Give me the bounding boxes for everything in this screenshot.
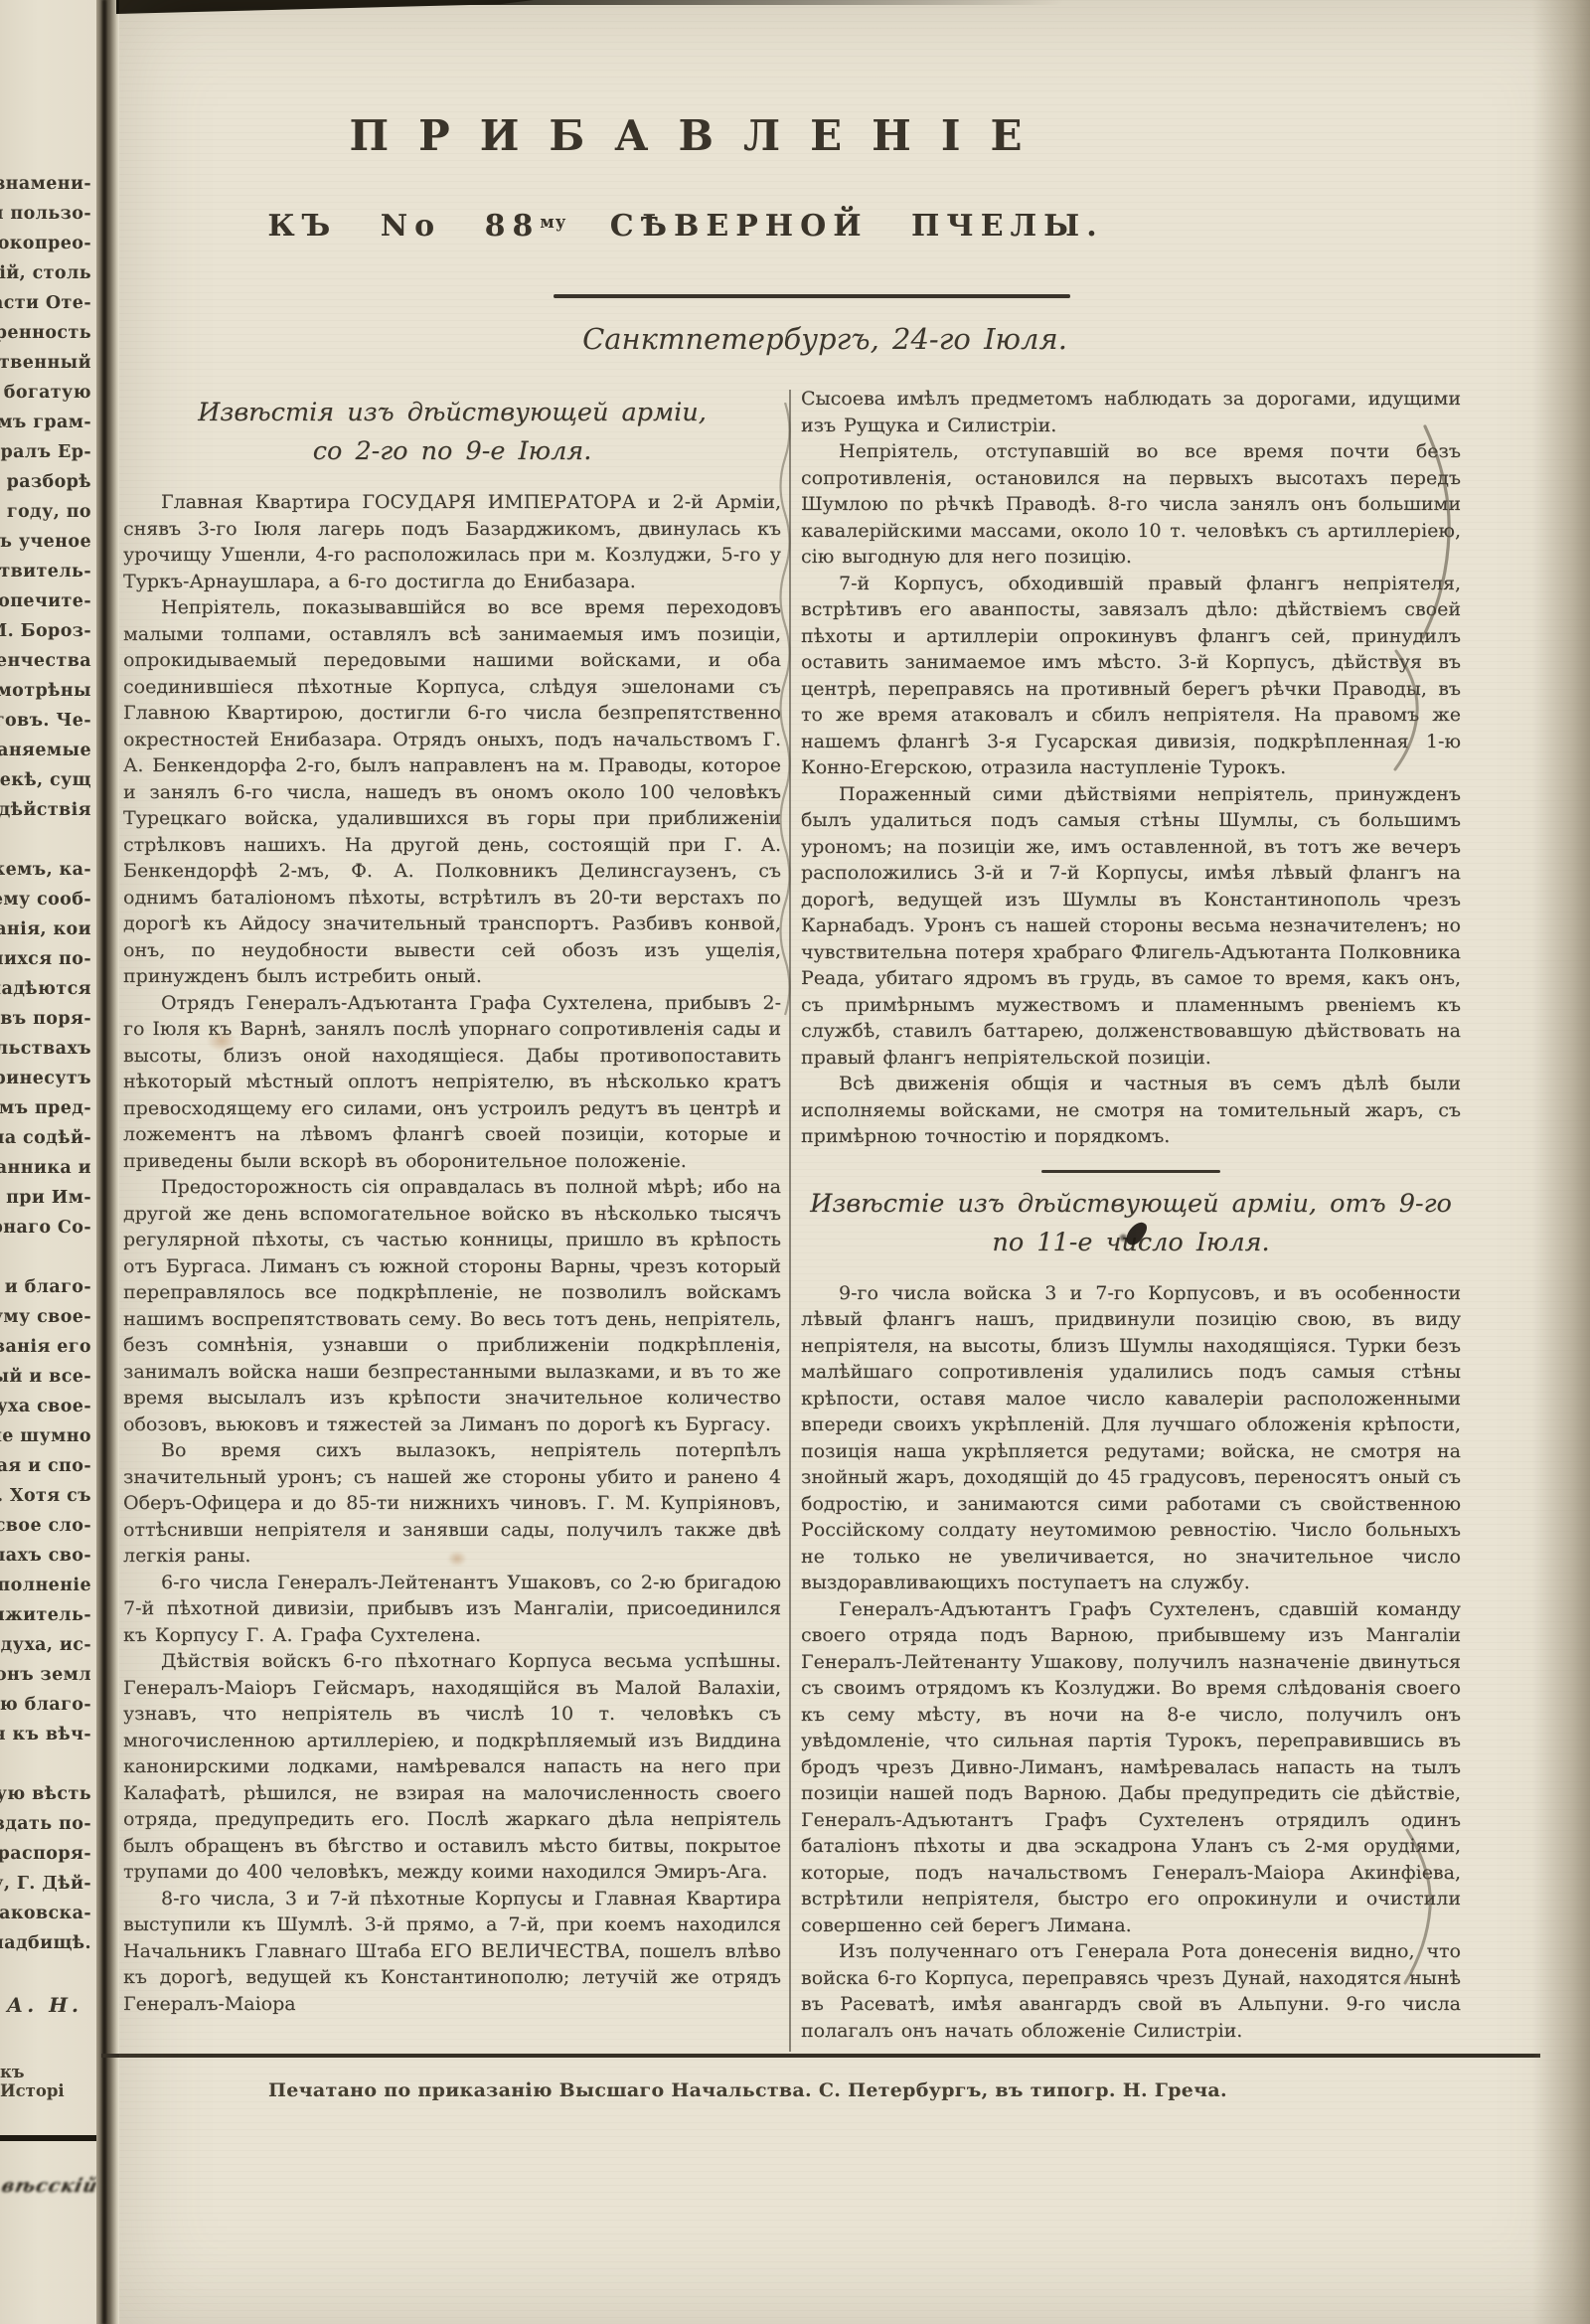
adjacent-page-footnote: къ Исторі xyxy=(0,2063,93,2100)
footer-rule xyxy=(101,2054,1540,2058)
column-divider-rule xyxy=(789,390,791,2052)
right-column: Сысоева имѣлъ предметомъ наблюдать за до… xyxy=(801,386,1461,2060)
article-paragraph: Генералъ-Адъютантъ Графъ Сухтеленъ, сдав… xyxy=(801,1596,1461,1939)
article-paragraph-continuation: Сысоева имѣлъ предметомъ наблюдать за до… xyxy=(801,386,1461,438)
scan-edge-line xyxy=(417,0,1063,5)
article-paragraph: Предосторожность сія оправдалась въ полн… xyxy=(123,1174,781,1437)
masthead-subtitle-prefix: КЪ No 88 xyxy=(267,209,540,244)
masthead-title: ПРИБАВЛЕНІЕ xyxy=(119,111,1252,160)
adjacent-page-signature: А. Н. xyxy=(7,1993,82,2017)
masthead-subtitle: КЪ No 88му СѢВЕРНОЙ ПЧЕЛЫ. xyxy=(119,209,1252,244)
dateline: Санктпетербургъ, 24-го Іюля. xyxy=(278,322,1371,356)
adjacent-page-thick-rule xyxy=(0,2135,96,2141)
article-paragraph: 7-й Корпусъ, обходившій правый флангъ не… xyxy=(801,571,1461,781)
article-paragraph: Всѣ движенія общія и частныя въ семъ дѣл… xyxy=(801,1071,1461,1150)
article-paragraph: Главная Квартира ГОСУДАРЯ ИМПЕРАТОРА и 2… xyxy=(123,489,781,594)
binding-gutter xyxy=(96,0,119,2324)
imprint-line: Печатано по приказанію Высшаго Начальств… xyxy=(149,2079,1347,2101)
handwriting-smudge: вѣсскій xyxy=(0,2175,96,2197)
article-paragraph: Отрядъ Генералъ-Адъютанта Графа Сухтелен… xyxy=(123,990,781,1175)
adjacent-page-text-fragments: знамени- и пользо- ысокопрео- кій, столь… xyxy=(0,169,91,1958)
article-2-heading: Извѣстіе изъ дѣйствующей арміи, отъ 9-го… xyxy=(801,1185,1461,1262)
newspaper-scan: знамени- и пользо- ысокопрео- кій, столь… xyxy=(0,0,1590,2324)
article-paragraph: Непріятель, показывавшійся во все время … xyxy=(123,594,781,990)
article-2-heading-line1: Извѣстіе изъ дѣйствующей арміи, отъ 9-го xyxy=(801,1185,1461,1224)
newspaper-page: ПРИБАВЛЕНІЕ КЪ No 88му СѢВЕРНОЙ ПЧЕЛЫ. С… xyxy=(119,0,1590,2324)
article-paragraph: Изъ полученнаго отъ Генерала Рота донесе… xyxy=(801,1938,1461,2044)
paper-stain xyxy=(447,1551,467,1567)
article-1-heading-line1: Извѣстія изъ дѣйствующей арміи, xyxy=(123,394,781,432)
masthead-subtitle-superscript: му xyxy=(540,213,566,232)
adjacent-page-edge: знамени- и пользо- ысокопрео- кій, столь… xyxy=(0,0,96,2324)
article-paragraph: 9-го числа войска 3 и 7-го Корпусовъ, и … xyxy=(801,1280,1461,1596)
article-paragraph: Пораженный сими дѣйствіями непріятель, п… xyxy=(801,781,1461,1072)
article-1-heading-line2: со 2-го по 9-е Іюля. xyxy=(123,432,781,471)
paper-stain xyxy=(207,1030,237,1052)
article-paragraph: 8-го числа, 3 и 7-й пѣхотные Корпусы и Г… xyxy=(123,1886,781,2018)
page-edge-shadow xyxy=(1532,0,1590,2324)
article-paragraph: Непріятель, отступавшій во все время поч… xyxy=(801,438,1461,571)
article-paragraph: Дѣйствія войскъ 6-го пѣхотнаго Корпуса в… xyxy=(123,1648,781,1886)
masthead-subtitle-suffix: СѢВЕРНОЙ ПЧЕЛЫ. xyxy=(566,209,1103,244)
masthead-rule xyxy=(554,294,1070,298)
article-paragraph: 6-го числа Генералъ-Лейтенантъ Ушаковъ, … xyxy=(123,1570,781,1649)
article-1-heading: Извѣстія изъ дѣйствующей арміи, со 2-го … xyxy=(123,394,781,471)
section-divider-rule xyxy=(1041,1170,1220,1173)
left-column: Извѣстія изъ дѣйствующей арміи, со 2-го … xyxy=(123,386,781,2060)
article-paragraph: Во время сихъ вылазокъ, непріятель потер… xyxy=(123,1437,781,1570)
